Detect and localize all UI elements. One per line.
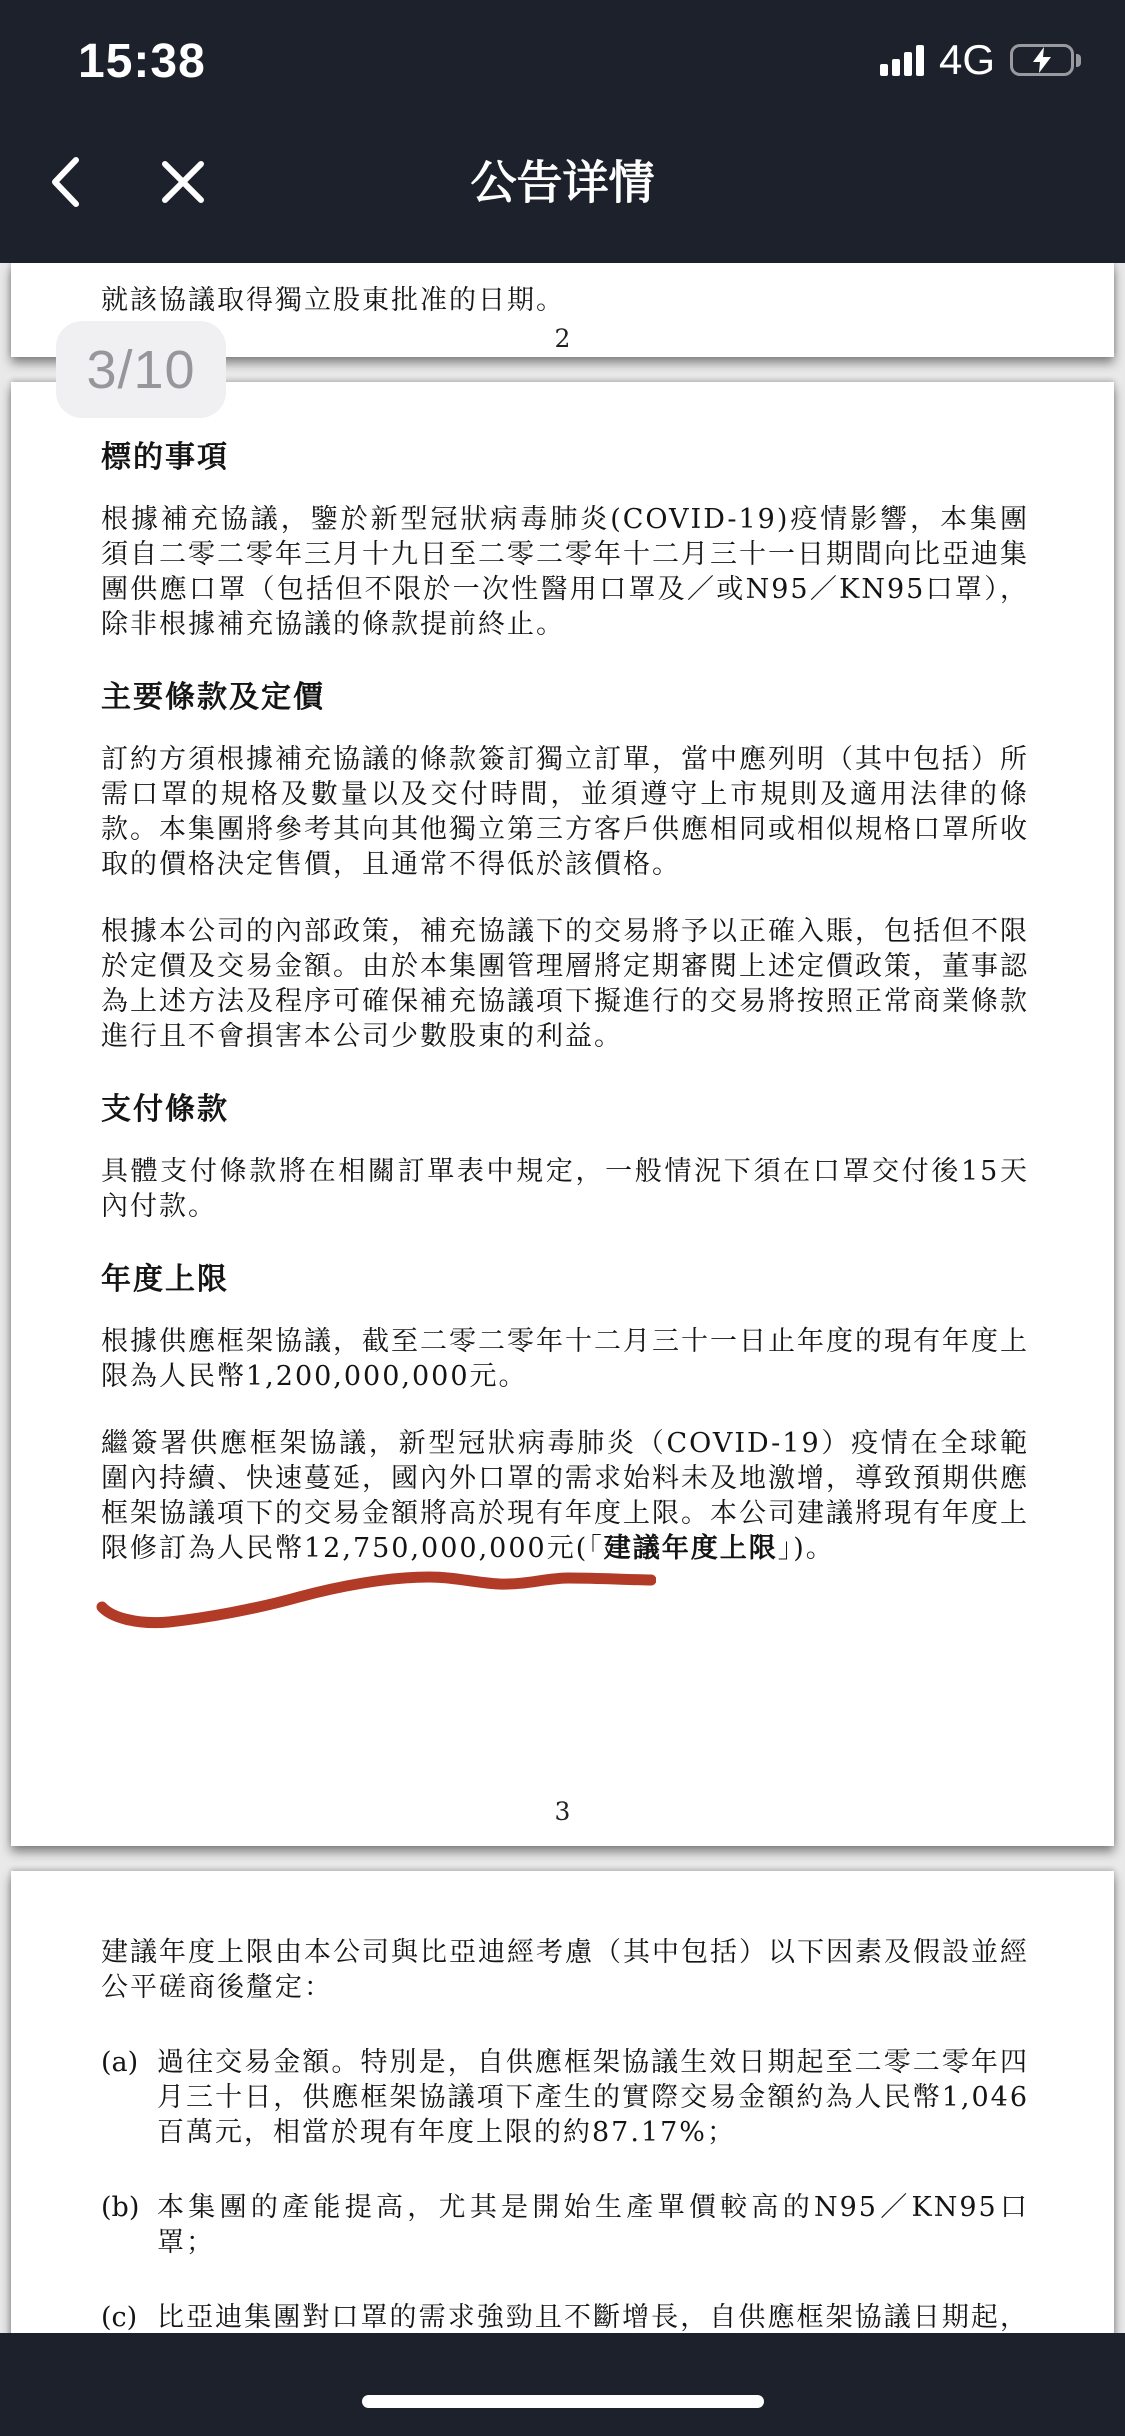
paragraph-terms-1: 訂約方須根據補充協議的條款簽訂獨立訂單，當中應列明（其中包括）所需口罩的規格及數…: [101, 742, 1029, 882]
list-item-label: (a): [101, 2045, 157, 2150]
page2-number: 2: [101, 324, 1024, 353]
list-item-text: 過往交易金額。特別是，自供應框架協議生效日期起至二零二零年四月三十日，供應框架協…: [157, 2045, 1029, 2150]
status-bar: 15:38 4G: [0, 0, 1125, 100]
page2-last-line: 就該協議取得獨立股東批准的日期。: [101, 283, 1024, 318]
battery-charging-icon: [1010, 44, 1081, 76]
paragraph-cap-1: 根據供應框架協議，截至二零二零年十二月三十一日止年度的現有年度上限為人民幣1,2…: [101, 1324, 1029, 1394]
status-icons: 4G: [880, 40, 1081, 80]
signal-strength-icon: [880, 45, 924, 76]
section-heading-payment: 支付條款: [101, 1092, 1029, 1128]
paragraph-payment: 具體支付條款將在相關訂單表中規定，一般情況下須在口罩交付後15天內付款。: [101, 1154, 1029, 1224]
home-indicator[interactable]: [362, 2395, 764, 2408]
page4-intro: 建議年度上限由本公司與比亞迪經考慮（其中包括）以下因素及假設並經公平磋商後釐定：: [101, 1935, 1029, 2005]
lightning-bolt-icon: [1032, 47, 1052, 73]
list-item-b: (b) 本集團的產能提高，尤其是開始生產單價較高的N95／KN95口罩；: [101, 2190, 1029, 2260]
page3-number: 3: [11, 1797, 1114, 1826]
bottom-bar: [0, 2333, 1125, 2436]
page-gap: [0, 1846, 1125, 1871]
paragraph-cap-2: 繼簽署供應框架協議，新型冠狀病毒肺炎（COVID-19）疫情在全球範圍內持續、快…: [101, 1426, 1029, 1566]
nav-bar: 公告详情: [0, 100, 1125, 263]
page-title: 公告详情: [0, 146, 1125, 212]
paragraph-subject: 根據補充協議，鑒於新型冠狀病毒肺炎(COVID-19)疫情影響，本集團須自二零二…: [101, 502, 1029, 642]
section-heading-terms: 主要條款及定價: [101, 680, 1029, 716]
section-heading-subject: 標的事項: [101, 440, 1029, 476]
status-time: 15:38: [78, 34, 206, 89]
list-item-label: (b): [101, 2190, 157, 2260]
page-indicator-badge: 3/10: [56, 321, 226, 418]
pdf-page-3: 標的事項 根據補充協議，鑒於新型冠狀病毒肺炎(COVID-19)疫情影響，本集團…: [11, 382, 1114, 1846]
proposed-annual-cap-term: 建議年度上限: [604, 1533, 778, 1564]
list-item-text: 本集團的產能提高，尤其是開始生產單價較高的N95／KN95口罩；: [157, 2190, 1029, 2260]
paragraph-terms-2: 根據本公司的內部政策，補充協議下的交易將予以正確入賬，包括但不限於定價及交易金額…: [101, 914, 1029, 1054]
section-heading-annual-cap: 年度上限: [101, 1262, 1029, 1298]
top-chrome: 15:38 4G: [0, 0, 1125, 263]
network-type-label: 4G: [939, 36, 995, 84]
document-viewer[interactable]: 就該協議取得獨立股東批准的日期。 2 標的事項 根據補充協議，鑒於新型冠狀病毒肺…: [0, 263, 1125, 2436]
list-item-a: (a) 過往交易金額。特別是，自供應框架協議生效日期起至二零二零年四月三十日，供…: [101, 2045, 1029, 2150]
